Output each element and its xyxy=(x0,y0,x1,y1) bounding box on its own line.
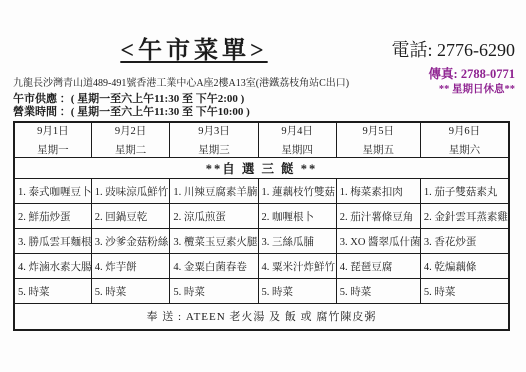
menu-cell: 4. 乾煸藕條 xyxy=(420,254,509,279)
menu-cell: 4. 金粟白菌春卷 xyxy=(170,254,258,279)
menu-cell: 1. 豉味涼瓜鮮竹 xyxy=(91,179,170,204)
menu-cell: 4. 炸芋餅 xyxy=(91,254,170,279)
phone-number: 電話: 2776-6290 xyxy=(392,39,516,61)
menu-cell: 3. XO 醬翠瓜什菌 xyxy=(336,229,420,254)
menu-cell: 2. 咖喱根卜 xyxy=(258,204,336,229)
date-label: 9月4日 xyxy=(259,125,336,138)
closed-sunday-note: ** 星期日休息** xyxy=(392,84,516,96)
menu-cell: 4. 炸滷水素大腸 xyxy=(14,254,91,279)
day-header: 9月6日 星期六 xyxy=(420,122,509,158)
menu-cell: 1. 梅菜素扣肉 xyxy=(336,179,420,204)
menu-cell: 1. 蓮藕枝竹雙菇 xyxy=(258,179,336,204)
day-header-row: 9月1日 星期一 9月2日 星期二 9月3日 星期三 9月4日 星期四 9月5日 xyxy=(14,122,509,158)
section-header-row: **自 選 三 餸 ** xyxy=(14,158,509,179)
menu-cell: 4. 粟米汁炸鮮竹 xyxy=(258,254,336,279)
page-title: <午市菜單> xyxy=(0,30,388,65)
menu-cell: 2. 鮮茄炒蛋 xyxy=(14,204,91,229)
contact-block: 電話: 2776-6290 傳真: 2788-0771 ** 星期日休息** xyxy=(392,39,516,96)
menu-cell: 5. 時菜 xyxy=(420,279,509,304)
menu-cell: 2. 回鍋豆乾 xyxy=(91,204,170,229)
free-soup-note: 奉 送 : ATEEN 老火湯 及 飯 或 腐竹陳皮粥 xyxy=(14,304,509,330)
weekly-menu-table: 9月1日 星期一 9月2日 星期二 9月3日 星期三 9月4日 星期四 9月5日 xyxy=(13,121,510,331)
menu-cell: 2. 涼瓜煎蛋 xyxy=(170,204,258,229)
date-label: 9月6日 xyxy=(421,125,508,138)
date-label: 9月1日 xyxy=(15,125,91,138)
menu-row-1: 1. 泰式咖喱豆卜 1. 豉味涼瓜鮮竹 1. 川辣豆腐素羊腩 1. 蓮藕枝竹雙菇… xyxy=(14,179,509,204)
table-footer-row: 奉 送 : ATEEN 老火湯 及 飯 或 腐竹陳皮粥 xyxy=(14,304,509,330)
weekday-label: 星期一 xyxy=(15,144,91,157)
day-header: 9月3日 星期三 xyxy=(170,122,258,158)
menu-cell: 5. 時菜 xyxy=(336,279,420,304)
day-header: 9月5日 星期五 xyxy=(336,122,420,158)
menu-row-5: 5. 時菜 5. 時菜 5. 時菜 5. 時菜 5. 時菜 5. 時菜 xyxy=(14,279,509,304)
weekday-label: 星期三 xyxy=(170,144,257,157)
menu-cell: 2. 茄汁薯條豆角 xyxy=(336,204,420,229)
weekday-label: 星期四 xyxy=(259,144,336,157)
menu-cell: 5. 時菜 xyxy=(91,279,170,304)
menu-row-2: 2. 鮮茄炒蛋 2. 回鍋豆乾 2. 涼瓜煎蛋 2. 咖喱根卜 2. 茄汁薯條豆… xyxy=(14,204,509,229)
day-header: 9月1日 星期一 xyxy=(14,122,91,158)
menu-cell: 3. 沙爹金菇粉絲 xyxy=(91,229,170,254)
menu-cell: 3. 三絲瓜脯 xyxy=(258,229,336,254)
date-label: 9月5日 xyxy=(337,125,420,138)
weekday-label: 星期六 xyxy=(421,144,508,157)
address: 九龍長沙灣青山道489-491號香港工業中心A座2樓A13室(港鐵荔枝角站C出口… xyxy=(13,74,349,89)
day-header: 9月2日 星期二 xyxy=(91,122,170,158)
menu-cell: 3. 勝瓜雲耳麵根 xyxy=(14,229,91,254)
menu-cell: 5. 時菜 xyxy=(258,279,336,304)
menu-cell: 5. 時菜 xyxy=(170,279,258,304)
menu-document-page: <午市菜單> 電話: 2776-6290 傳真: 2788-0771 ** 星期… xyxy=(0,0,526,372)
opening-hours: 營業時間 ：( 星期一至六上午11:30 至 下午10:00 ) xyxy=(13,103,250,119)
menu-cell: 4. 琵琶豆腐 xyxy=(336,254,420,279)
date-label: 9月2日 xyxy=(92,125,170,138)
day-header: 9月4日 星期四 xyxy=(258,122,336,158)
menu-row-4: 4. 炸滷水素大腸 4. 炸芋餅 4. 金粟白菌春卷 4. 粟米汁炸鮮竹 4. … xyxy=(14,254,509,279)
weekday-label: 星期二 xyxy=(92,144,170,157)
menu-cell: 5. 時菜 xyxy=(14,279,91,304)
menu-cell: 1. 茄子雙菇素丸 xyxy=(420,179,509,204)
date-label: 9月3日 xyxy=(170,125,257,138)
section-header: **自 選 三 餸 ** xyxy=(14,158,509,179)
menu-row-3: 3. 勝瓜雲耳麵根 3. 沙爹金菇粉絲 3. 欖菜玉豆素火腿 3. 三絲瓜脯 3… xyxy=(14,229,509,254)
menu-cell: 2. 金針雲耳蒸素雞 xyxy=(420,204,509,229)
fax-number: 傳真: 2788-0771 xyxy=(392,67,516,81)
menu-cell: 1. 川辣豆腐素羊腩 xyxy=(170,179,258,204)
menu-cell: 3. 香花炒蛋 xyxy=(420,229,509,254)
weekday-label: 星期五 xyxy=(337,144,420,157)
menu-cell: 1. 泰式咖喱豆卜 xyxy=(14,179,91,204)
menu-cell: 3. 欖菜玉豆素火腿 xyxy=(170,229,258,254)
